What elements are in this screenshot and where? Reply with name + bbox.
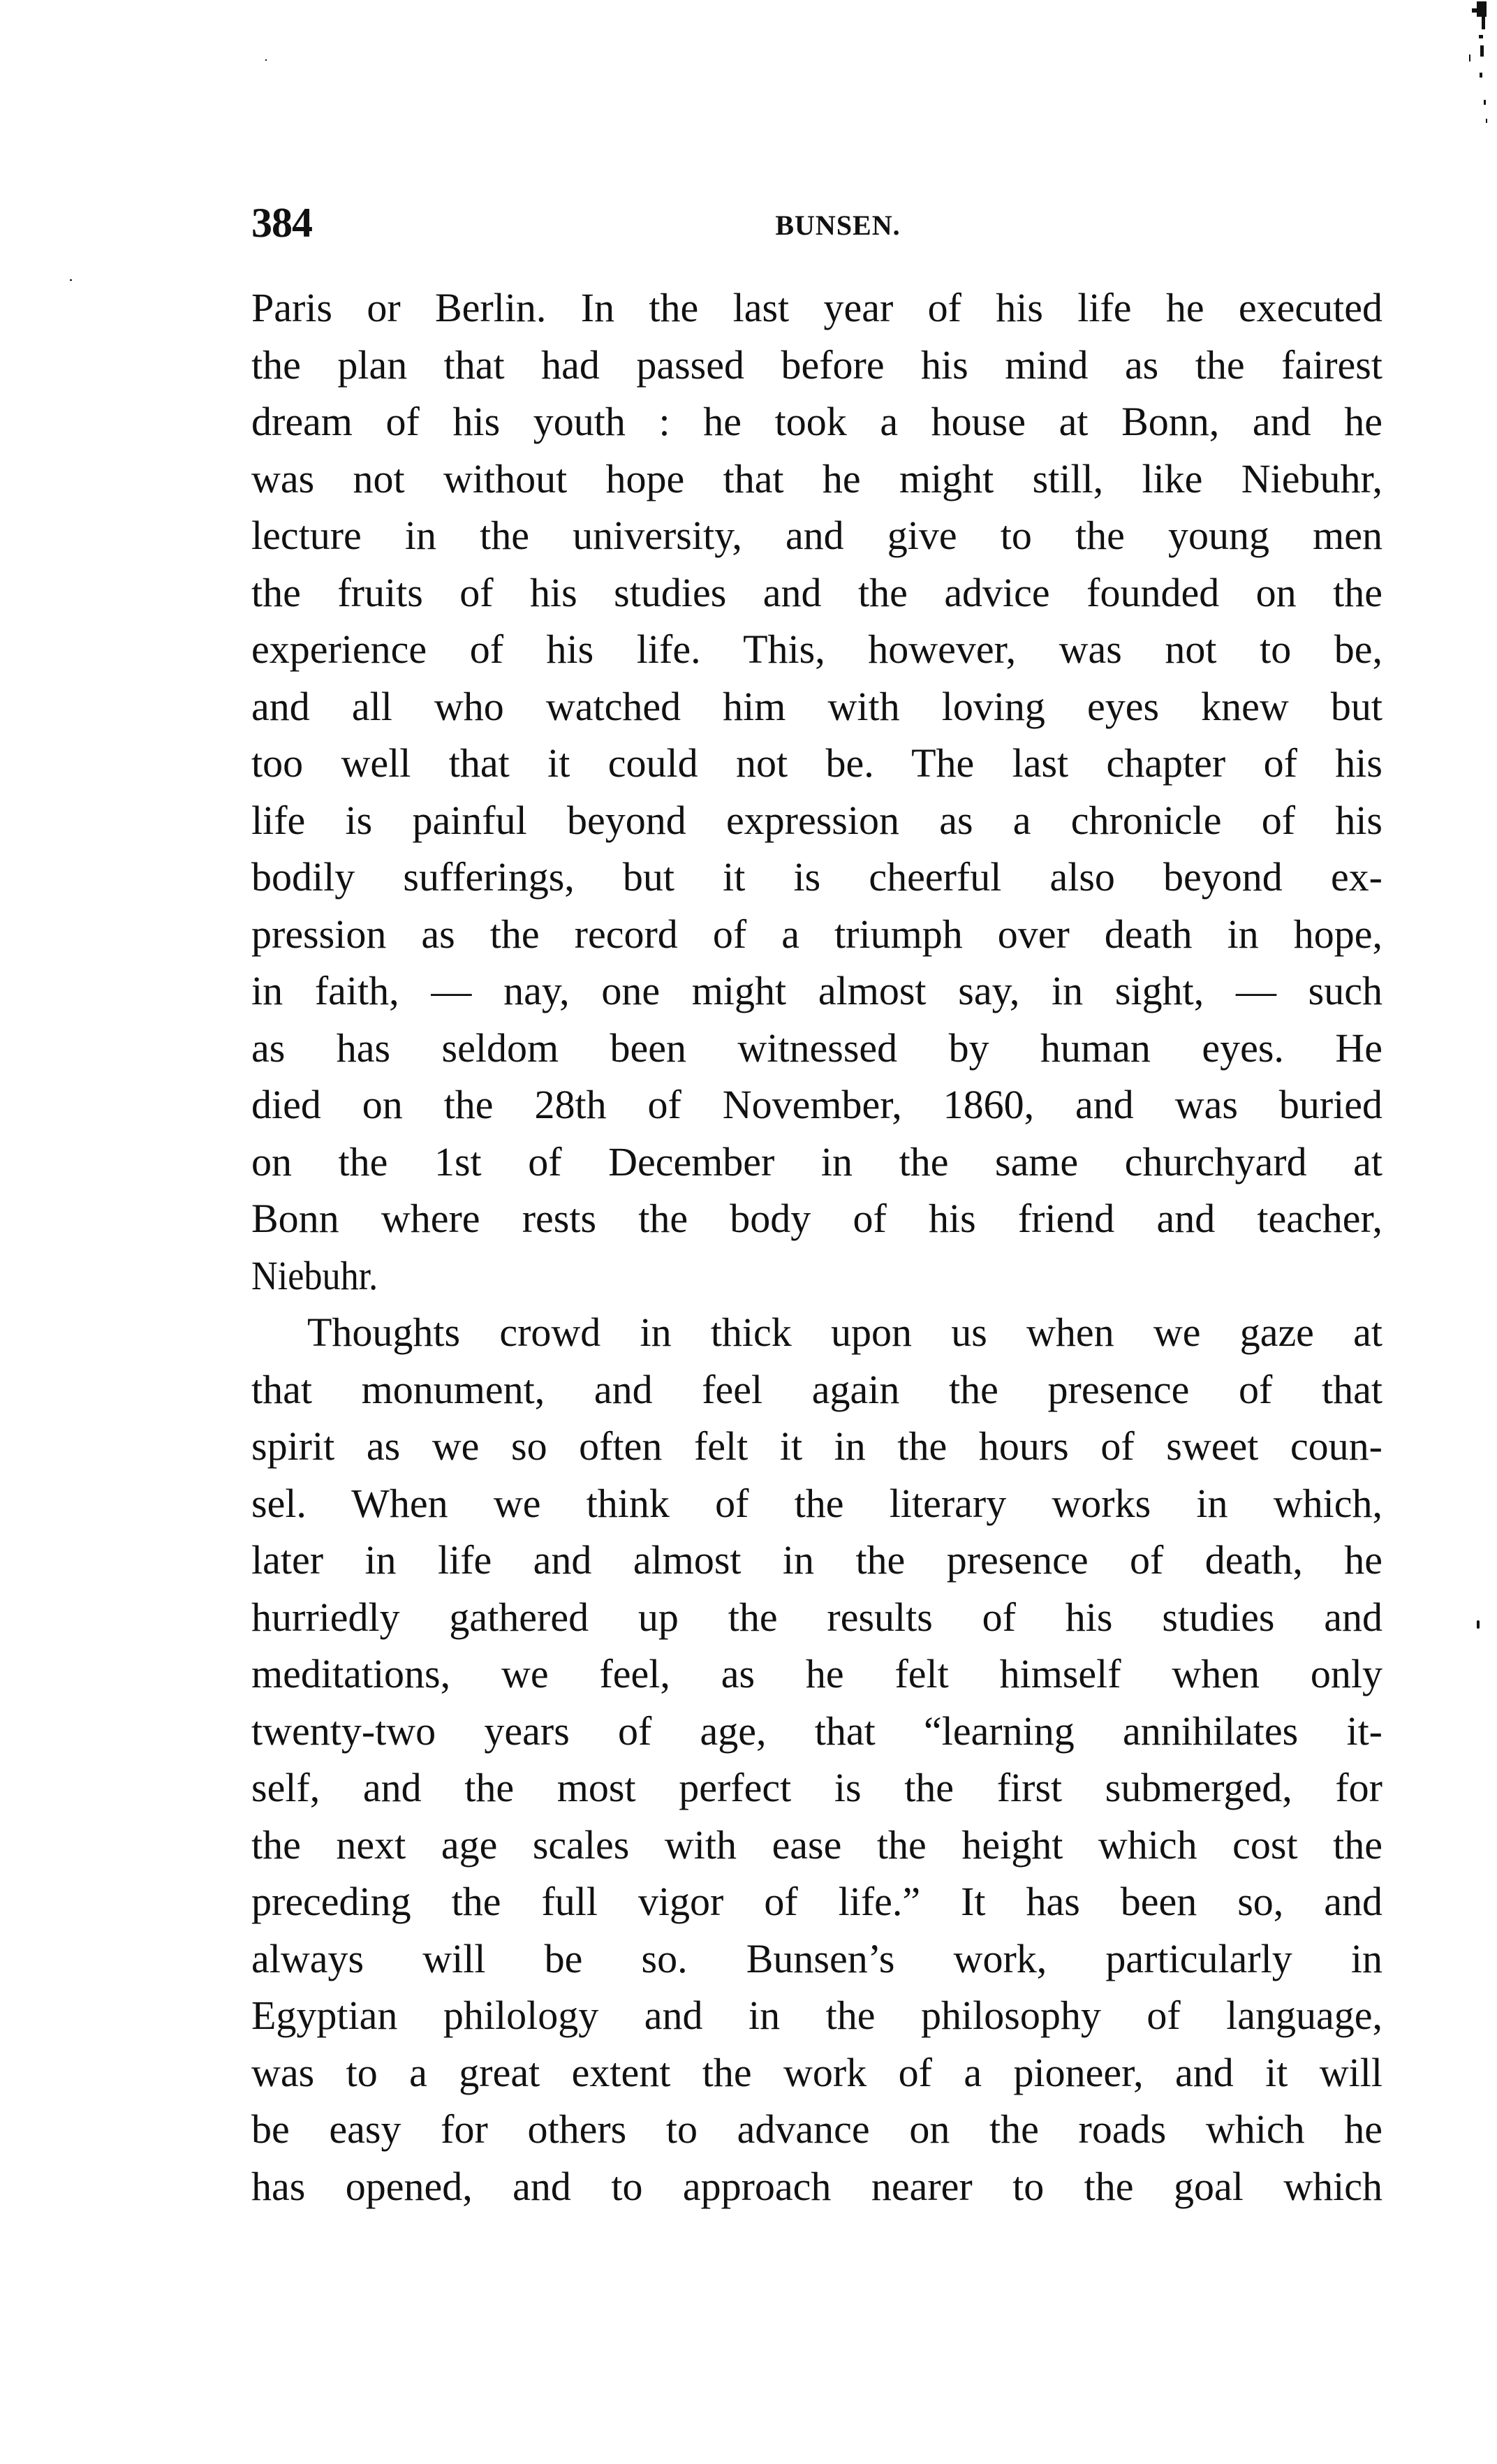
text-line: the plan that had passed before his mind…: [251, 337, 1382, 394]
scan-speck: [1477, 1620, 1480, 1629]
scan-speck: [1480, 45, 1484, 57]
text-line: experience of his life. This, however, w…: [251, 621, 1382, 678]
book-page: 384 BUNSEN. Paris or Berlin. In the last…: [0, 0, 1497, 2464]
text-line: lecture in the university, and give to t…: [251, 507, 1382, 564]
text-line: later in life and almost in the presence…: [251, 1532, 1382, 1589]
text-line: bodily sufferings, but it is cheerful al…: [251, 849, 1382, 906]
scan-speck: [1482, 15, 1485, 29]
running-head: 384 BUNSEN.: [251, 199, 1382, 248]
text-line: was not without hope that he might still…: [251, 450, 1382, 508]
text-line: always will be so. Bunsen’s work, partic…: [251, 1930, 1382, 1988]
text-line: twenty-two years of age, that “learning …: [251, 1703, 1382, 1760]
text-line: was to a great extent the work of a pion…: [251, 2044, 1382, 2102]
text-line: has opened, and to approach nearer to th…: [251, 2158, 1382, 2215]
text-line: the next age scales with ease the height…: [251, 1817, 1382, 1874]
text-line: be easy for others to advance on the roa…: [251, 2101, 1382, 2158]
text-line: died on the 28th of November, 1860, and …: [251, 1076, 1382, 1134]
text-line: Egyptian philology and in the philosophy…: [251, 1987, 1382, 2044]
text-line: dream of his youth : he took a house at …: [251, 393, 1382, 450]
scan-speck: [1469, 54, 1470, 61]
text-line: as has seldom been witnessed by human ey…: [251, 1020, 1382, 1077]
text-line: too well that it could not be. The last …: [251, 735, 1382, 792]
text-line: life is painful beyond expression as a c…: [251, 792, 1382, 849]
paragraph: Thoughts crowd in thick upon us when we …: [251, 1304, 1382, 2215]
paragraph: Paris or Berlin. In the last year of his…: [251, 279, 1382, 1304]
text-line: spirit as we so often felt it in the hou…: [251, 1418, 1382, 1475]
scan-speck: [1479, 35, 1483, 38]
text-line: and all who watched him with loving eyes…: [251, 678, 1382, 735]
text-line: in faith, — nay, one might almost say, i…: [251, 962, 1382, 1020]
text-line: pression as the record of a triumph over…: [251, 906, 1382, 963]
text-line: preceding the full vigor of life.” It ha…: [251, 1873, 1382, 1930]
text-line: the fruits of his studies and the advice…: [251, 564, 1382, 622]
text-line: meditations, we feel, as he felt himself…: [251, 1645, 1382, 1703]
scan-speck: [1480, 73, 1482, 78]
scan-speck: [1486, 119, 1487, 123]
scan-speck: [1484, 100, 1486, 105]
text-line: sel. When we think of the literary works…: [251, 1475, 1382, 1532]
text-line: that monument, and feel again the presen…: [251, 1361, 1382, 1418]
text-line: Thoughts crowd in thick upon us when we …: [251, 1304, 1382, 1361]
text-line: self, and the most perfect is the first …: [251, 1759, 1382, 1817]
text-line: Bonn where rests the body of his friend …: [251, 1190, 1382, 1247]
scan-speck: [265, 59, 267, 61]
text-line: Niebuhr.: [251, 1247, 1269, 1305]
body-text: Paris or Berlin. In the last year of his…: [251, 279, 1382, 2215]
text-line: Paris or Berlin. In the last year of his…: [251, 279, 1382, 337]
scan-speck: [1472, 8, 1477, 13]
text-line: on the 1st of December in the same churc…: [251, 1134, 1382, 1191]
running-title: BUNSEN.: [251, 209, 1382, 242]
scan-speck: [1477, 1, 1487, 17]
text-line: hurriedly gathered up the results of his…: [251, 1589, 1382, 1646]
scan-speck: [70, 279, 72, 281]
